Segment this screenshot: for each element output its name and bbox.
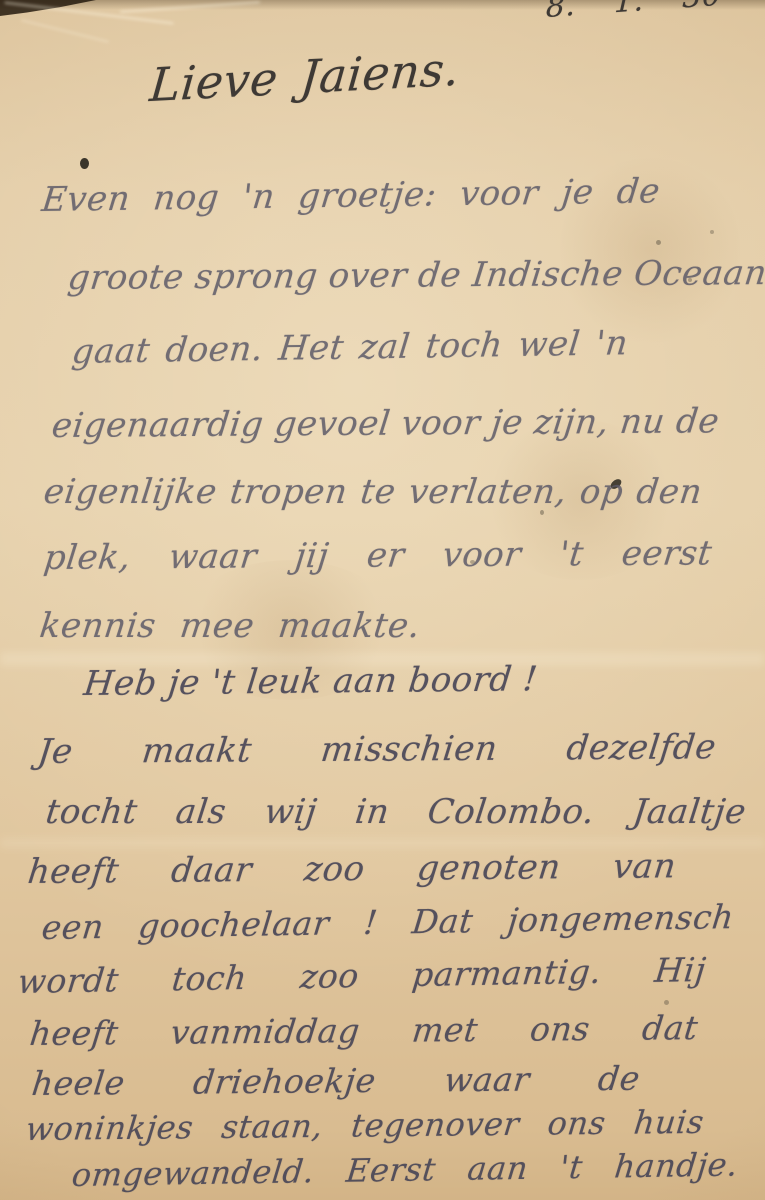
paper-crease [21, 19, 109, 43]
handwriting-line: heeft daar zoo genoten van [26, 846, 679, 892]
date-line: 8. 1. 30 [545, 0, 722, 25]
handwriting-line: eigenaardig gevoel voor je zijn, nu de [50, 401, 719, 446]
ink-speck [656, 240, 661, 245]
ink-speck [710, 230, 714, 234]
handwriting-line: plek, waar jij er voor 't eerst [42, 533, 715, 578]
ink-blot [80, 158, 89, 169]
handwriting-line: gaat doen. Het zal toch wel 'n [70, 323, 630, 372]
handwriting-line: tocht als wij in Colombo. Jaaltje [44, 792, 749, 832]
handwriting-line: heele driehoekje waar de [30, 1059, 642, 1103]
letter-page: 8. 1. 30 Lieve Jaiens. Even nog 'n groet… [0, 0, 765, 1200]
handwriting-line: heeft vanmiddag met ons dat [28, 1008, 700, 1053]
handwriting-line: groote sprong over de Indische Oceaan [66, 253, 719, 298]
handwriting-line: kennis mee maakte. [38, 606, 423, 646]
handwriting-line: Je maakt misschien dezelfde [36, 727, 719, 772]
handwriting-line: Heb je 't leuk aan boord ! [82, 660, 494, 704]
handwriting-line: eigenlijke tropen te verlaten, op den [42, 472, 705, 512]
ink-speck [664, 1000, 669, 1005]
handwriting-line: een goochelaar ! Dat jongemensch [40, 897, 736, 947]
handwriting-line: woninkjes staan, tegenover ons huis [24, 1103, 706, 1148]
salutation-line: Lieve Jaiens. [148, 42, 462, 113]
handwriting-line: omgewandeld. Eerst aan 't handje. [70, 1146, 740, 1195]
handwriting-line: wordt toch zoo parmantig. Hij [16, 950, 708, 1001]
